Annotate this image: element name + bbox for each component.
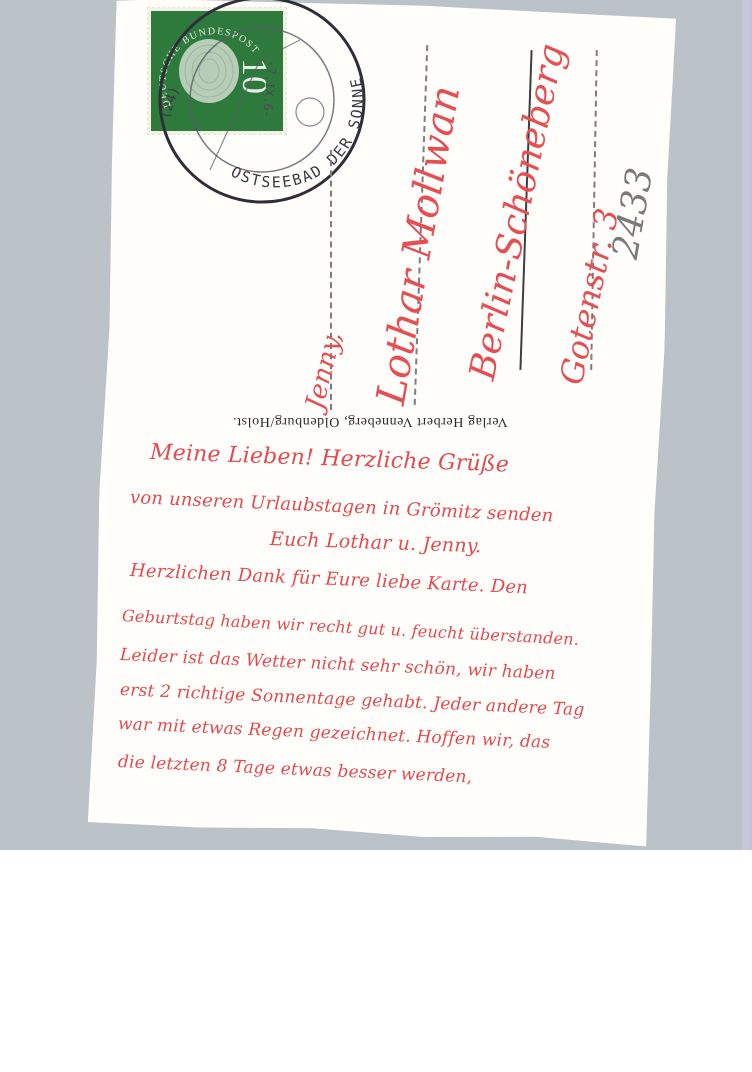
stamp-value: 10 [234,58,276,94]
scanner-edge [742,0,752,850]
postage-stamp: DEUTSCHE BUNDESPOST 10 [148,8,286,134]
publisher-imprint: Verlag Herbert Venneberg, Oldenburg/Hols… [200,413,540,429]
